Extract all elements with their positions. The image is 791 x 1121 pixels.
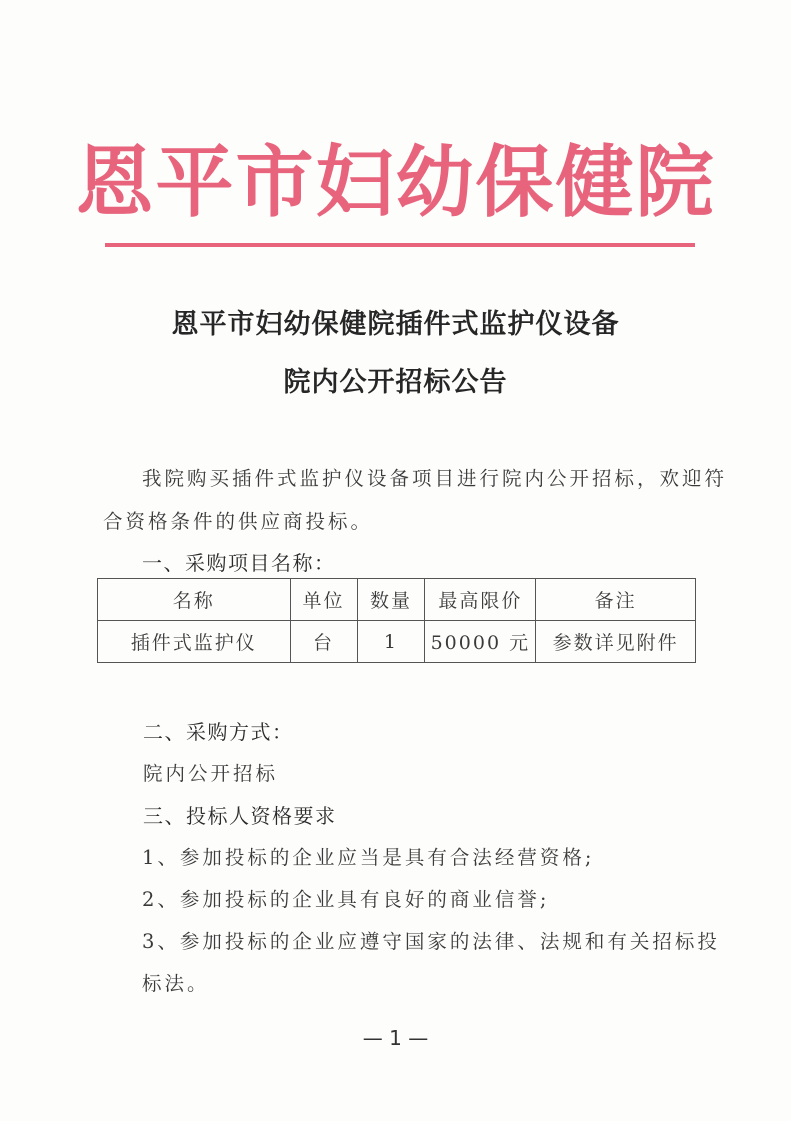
requirement-item-3-continued: 标法。 <box>142 968 210 996</box>
cell-remarks: 参数详见附件 <box>536 621 696 663</box>
intro-line1: 我院购买插件式监护仪设备项目进行院内公开招标，欢迎符 <box>142 463 727 491</box>
intro-line2: 合资格条件的供应商投标。 <box>103 506 373 534</box>
document-title-line1: 恩平市妇幼保健院插件式监护仪设备 <box>0 302 791 341</box>
requirement-item-1: 1、参加投标的企业应当是具有合法经营资格; <box>142 842 594 870</box>
header-remarks: 备注 <box>536 579 696 621</box>
table-row: 插件式监护仪 台 1 50000 元 参数详见附件 <box>98 621 696 663</box>
letterhead-red-rule <box>105 243 695 247</box>
table-header-row: 名称 单位 数量 最高限价 备注 <box>98 579 696 621</box>
section3-heading: 三、投标人资格要求 <box>143 800 337 829</box>
section2-content: 院内公开招标 <box>143 758 278 786</box>
cell-name: 插件式监护仪 <box>98 621 291 663</box>
header-quantity: 数量 <box>357 579 425 621</box>
section2-heading: 二、采购方式： <box>143 716 294 745</box>
document-title-line2: 院内公开招标公告 <box>0 360 791 399</box>
requirement-item-3: 3、参加投标的企业应遵守国家的法律、法规和有关招标投 <box>142 926 720 954</box>
header-max-price: 最高限价 <box>425 579 536 621</box>
header-unit: 单位 <box>290 579 357 621</box>
section1-heading: 一、采购项目名称： <box>142 547 336 576</box>
cell-unit: 台 <box>290 621 357 663</box>
procurement-table: 名称 单位 数量 最高限价 备注 插件式监护仪 台 1 50000 元 参数详见… <box>97 578 696 663</box>
header-name: 名称 <box>98 579 291 621</box>
page-number: — 1 — <box>0 1026 791 1050</box>
requirement-item-2: 2、参加投标的企业具有良好的商业信誉; <box>142 884 549 912</box>
cell-quantity: 1 <box>357 621 425 663</box>
cell-max-price: 50000 元 <box>425 621 536 663</box>
letterhead-organization: 恩平市妇幼保健院 <box>0 138 791 228</box>
